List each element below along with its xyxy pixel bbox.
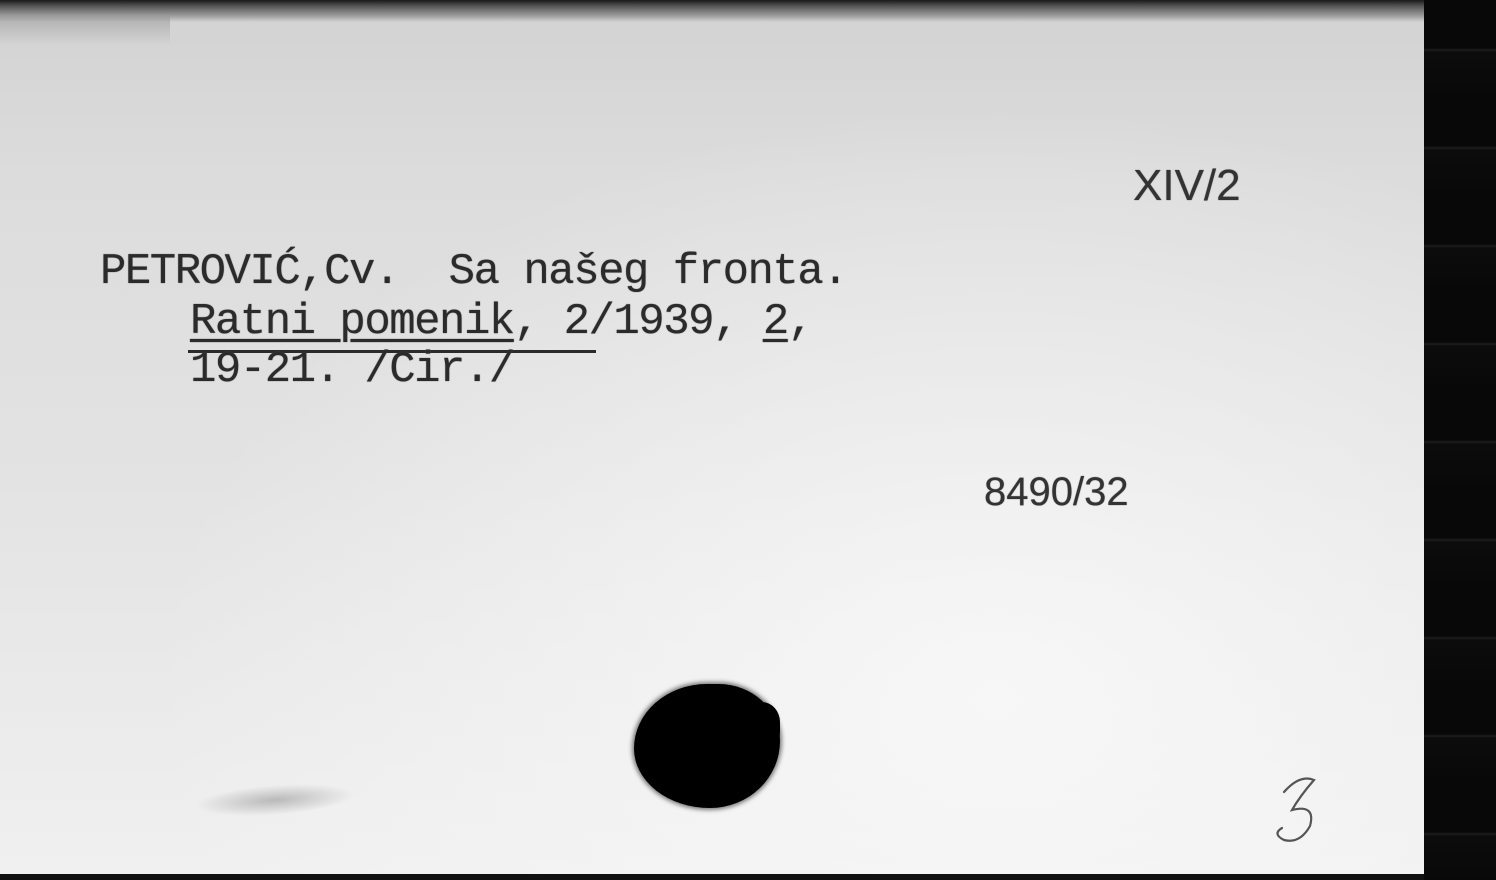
volume-number: 2 <box>763 297 788 347</box>
citation-line-1: PETROVIĆ,Cv. Sa našeg fronta. <box>100 250 847 294</box>
citation-line-3: 19-21. /Cir./ <box>190 348 514 392</box>
volume-suffix: , <box>788 297 813 347</box>
author: PETROVIĆ,Cv. <box>100 247 399 297</box>
card-top-edge <box>0 0 1424 22</box>
punch-hole <box>634 684 780 808</box>
catalog-card: XIV/2 PETROVIĆ,Cv. Sa našeg fronta. Ratn… <box>0 0 1424 874</box>
issue-info: , 2/1939, <box>514 297 763 347</box>
handwritten-number-mark <box>1270 770 1330 850</box>
citation-line-2: Ratni pomenik, 2/1939, 2, <box>190 300 813 344</box>
card-bottom-edge <box>0 874 1424 880</box>
call-number: XIV/2 <box>1133 164 1241 208</box>
page-range: 19-21. <box>190 345 339 395</box>
script-note: /Cir./ <box>364 345 513 395</box>
article-title: Sa našeg fronta. <box>449 247 847 297</box>
journal-title: Ratni pomenik <box>190 297 514 347</box>
reference-number: 8490/32 <box>984 470 1129 514</box>
film-border <box>1424 0 1496 880</box>
ink-smudge <box>194 779 356 820</box>
